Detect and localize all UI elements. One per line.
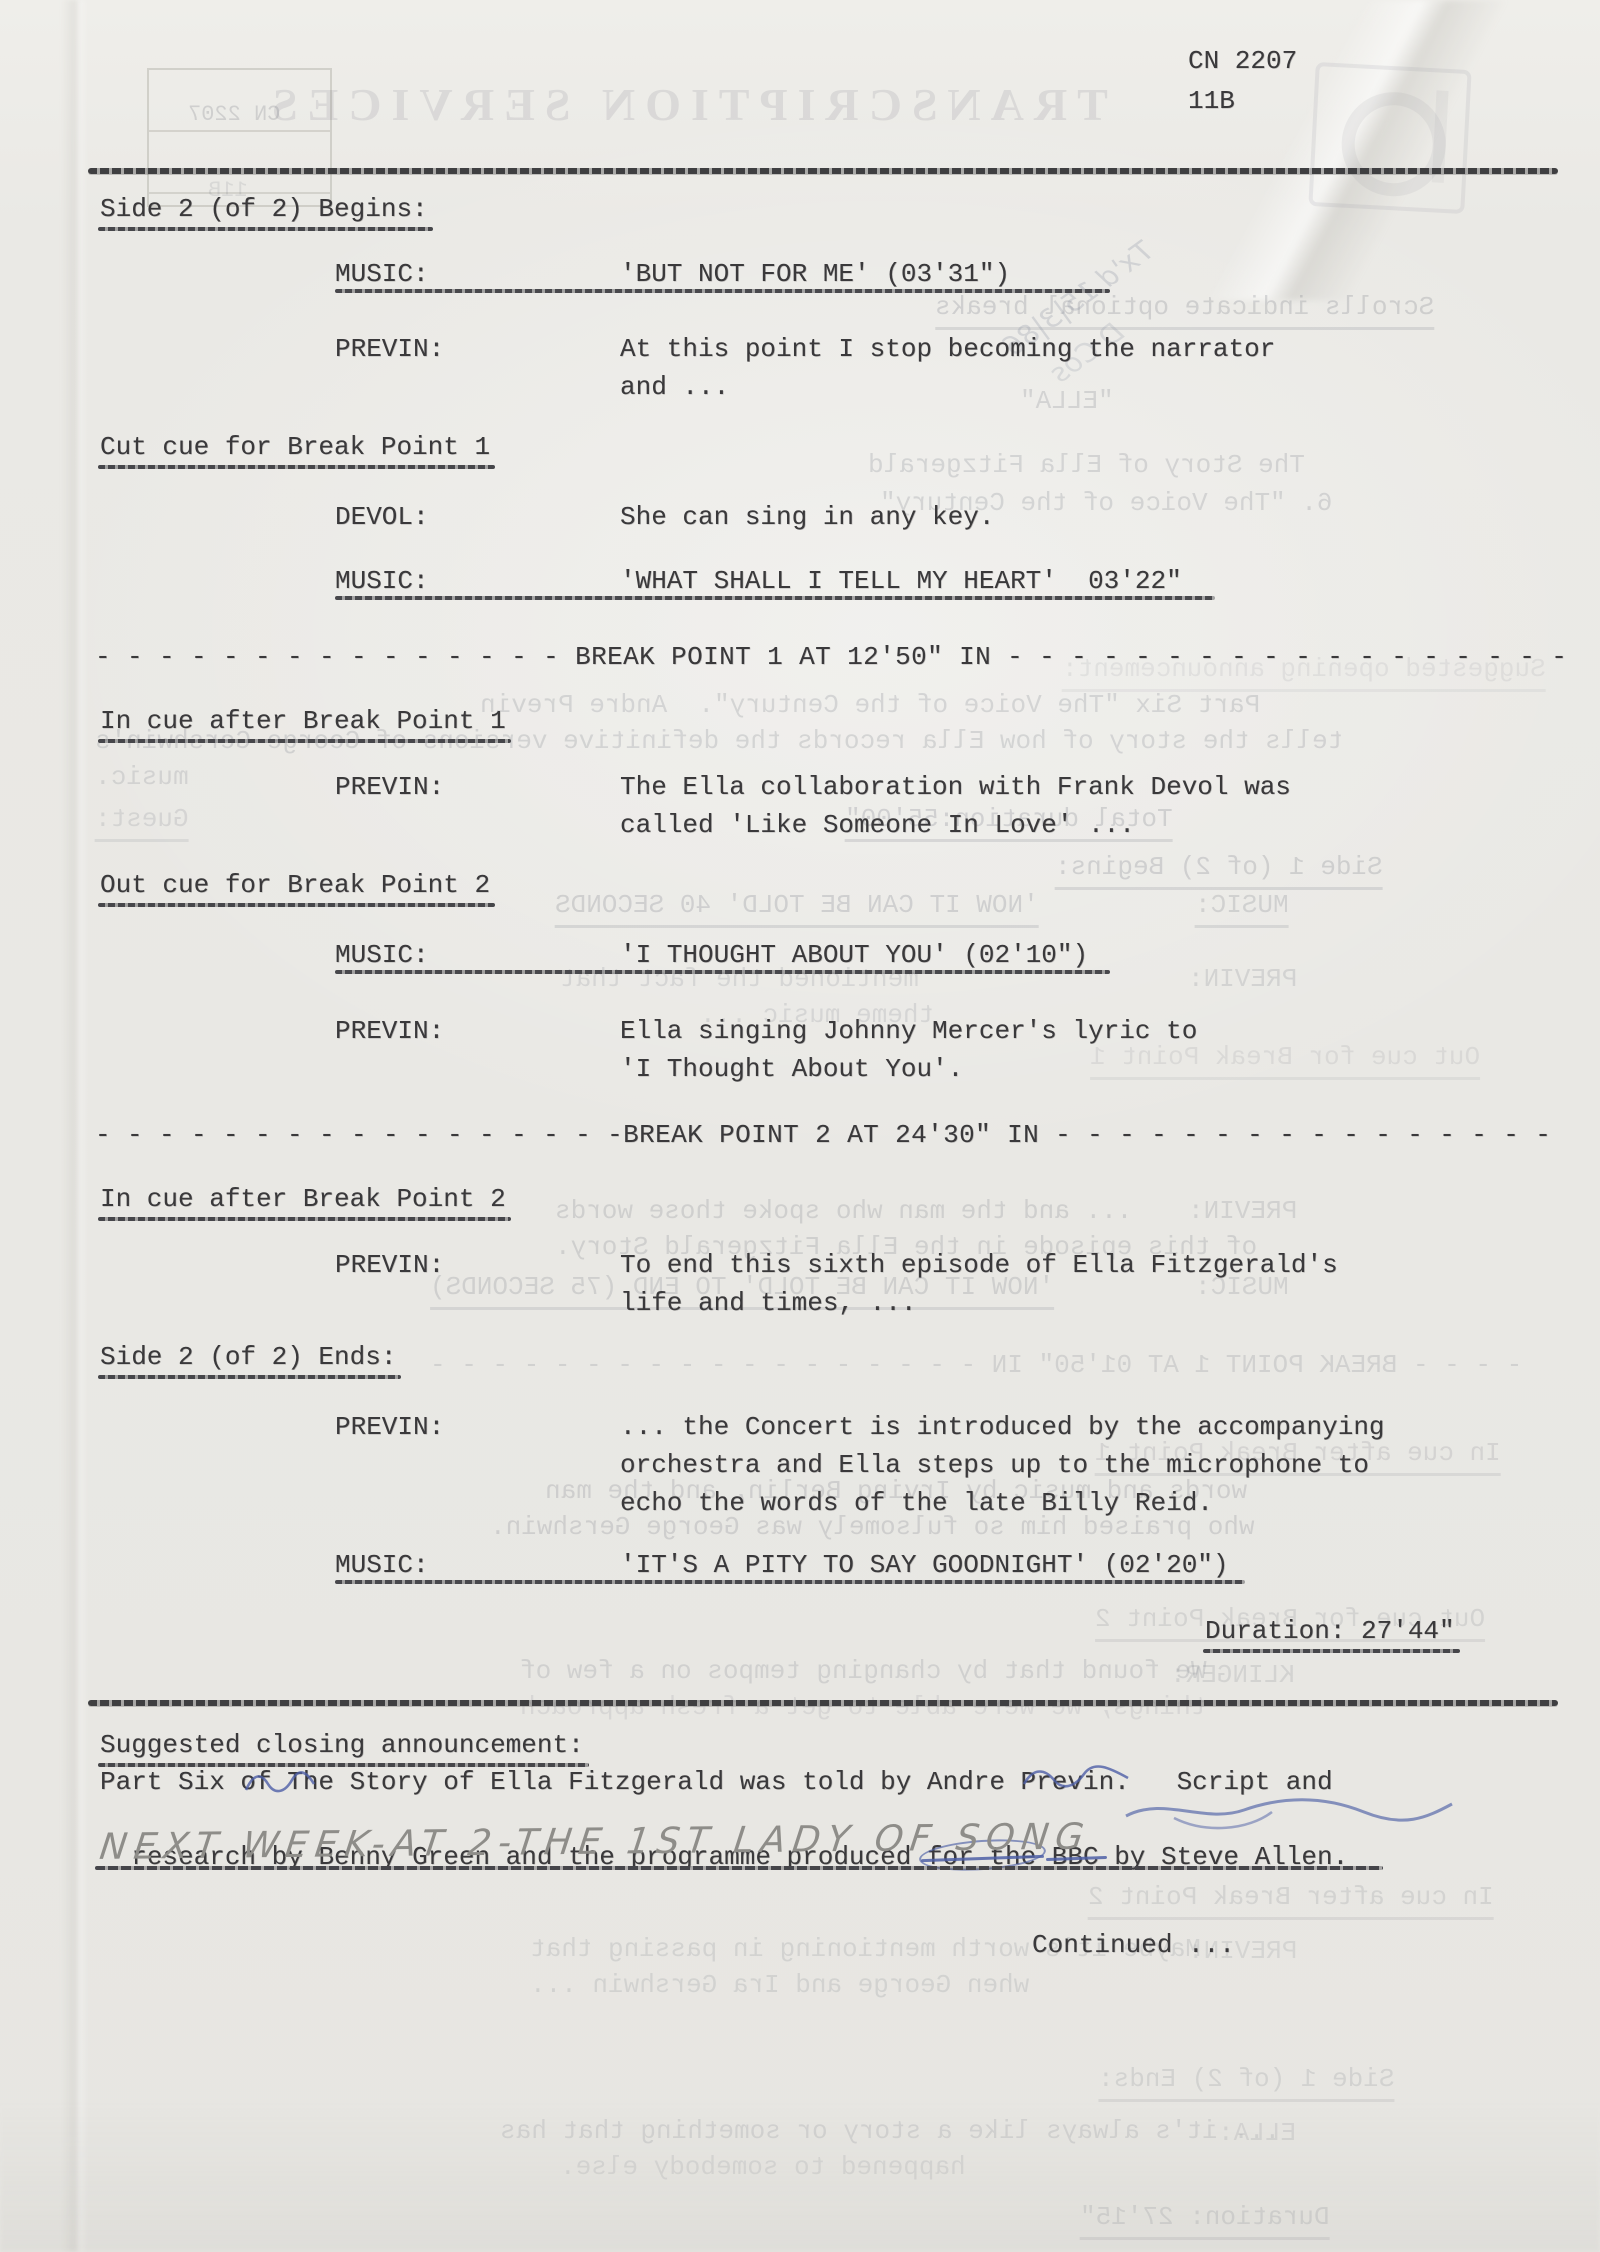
bleedthrough-line: music. — [95, 758, 189, 796]
closing-line-1: Part Six of The Story of Ella Fitzgerald… — [100, 1763, 1333, 1801]
music-title: 'I THOUGHT ABOUT YOU' (02'10") — [620, 936, 1088, 974]
dialogue-line: orchestra and Ella steps up to the micro… — [620, 1446, 1369, 1484]
bleedthrough-line: MUSIC: — [1195, 886, 1289, 928]
dialogue-line: Ella singing Johnny Mercer's lyric to — [620, 1012, 1197, 1050]
speaker-label: DEVOL: — [335, 498, 429, 536]
bleedthrough-line: PREVIN: — [1188, 1192, 1297, 1230]
dialogue-line: and ... — [620, 368, 729, 406]
dialogue-line: called 'Like Someone In Love' ... — [620, 806, 1135, 844]
bleedthrough-line: when George and Ira Gershwin ... — [530, 1966, 1029, 2004]
bleedthrough-line: TRANSCRIPTION SERVICES — [262, 86, 1108, 124]
music-title: 'IT'S A PITY TO SAY GOODNIGHT' (02'20") — [620, 1546, 1229, 1584]
heading-closing-announcement: Suggested closing announcement: — [100, 1726, 584, 1764]
bleedthrough-line: happened to somebody else. — [560, 2148, 966, 2186]
duration-total: Duration: 27'44" — [1205, 1612, 1455, 1650]
heading-cut-cue-bp1: Cut cue for Break Point 1 — [100, 428, 490, 466]
dialogue-line: echo the words of the late Billy Reid. — [620, 1484, 1213, 1522]
bleedthrough-line: Scrolls indicate optional breaks — [935, 288, 1434, 330]
typed-separator-bottom — [88, 1700, 1558, 1706]
heading-side2-ends: Side 2 (of 2) Ends: — [100, 1338, 396, 1376]
dialogue-line: She can sing in any key. — [620, 498, 994, 536]
bleedthrough-logo — [1308, 62, 1471, 214]
speaker-label: PREVIN: — [335, 768, 444, 806]
bleedthrough-line: The Story of Ella Fitzgerald — [868, 446, 1305, 484]
bleedthrough-line: things, we were able to get a fresh appr… — [520, 1688, 1207, 1726]
bleedthrough-line: Part Six "The Voice of the Century". And… — [480, 686, 1260, 724]
scanned-script-page: { "doc": { "ref": { "code": "CN 2207", "… — [0, 0, 1600, 2252]
paper-fold-line — [62, 0, 88, 2252]
continued-note: Continued ... — [1032, 1926, 1235, 1964]
dialogue-line: 'I Thought About You'. — [620, 1050, 963, 1088]
bleedthrough-line: Side 1 (of 2) Begins: — [1055, 848, 1383, 890]
speaker-label: MUSIC: — [335, 255, 429, 293]
dialogue-line: life and times, ... — [620, 1284, 916, 1322]
bleedthrough-line: Guest: — [95, 800, 189, 842]
speaker-label: PREVIN: — [335, 1012, 444, 1050]
typed-underline — [335, 596, 1215, 600]
typed-underline — [335, 970, 1110, 974]
speaker-label: PREVIN: — [335, 1408, 444, 1446]
bleedthrough-line: Side 1 (of 2) Ends: — [1098, 2060, 1394, 2102]
music-title: 'WHAT SHALL I TELL MY HEART' 03'22" — [620, 562, 1182, 600]
music-title: 'BUT NOT FOR ME' (03'31") — [620, 255, 1010, 293]
typed-underline — [335, 289, 1110, 293]
bleedthrough-line: ... it's always like a story or somethin… — [500, 2112, 1280, 2150]
typed-underline — [335, 1580, 1245, 1584]
dialogue-line: The Ella collaboration with Frank Devol … — [620, 768, 1291, 806]
dialogue-line: At this point I stop becoming the narrat… — [620, 330, 1275, 368]
dialogue-line: To end this sixth episode of Ella Fitzge… — [620, 1246, 1338, 1284]
bleedthrough-line: In cue after Break Point 2 — [1088, 1878, 1494, 1920]
heading-out-cue-bp2: Out cue for Break Point 2 — [100, 866, 490, 904]
heading-in-cue-bp1: In cue after Break Point 1 — [100, 702, 506, 740]
speaker-label: MUSIC: — [335, 1546, 429, 1584]
typed-separator-top — [88, 168, 1558, 174]
heading-in-cue-bp2: In cue after Break Point 2 — [100, 1180, 506, 1218]
speaker-label: MUSIC: — [335, 936, 429, 974]
bleedthrough-line: "ELLA" — [1020, 382, 1114, 420]
heading-side2-begins: Side 2 (of 2) Begins: — [100, 190, 428, 228]
page-number: 11B — [1188, 82, 1235, 120]
break-point-2-line: - - - - - - - - - - - - - - - - -BREAK P… — [95, 1116, 1551, 1154]
bleedthrough-line: We found that by changing tempos on a fe… — [520, 1652, 1207, 1690]
dialogue-line: ... the Concert is introduced by the acc… — [620, 1408, 1385, 1446]
speaker-label: PREVIN: — [335, 1246, 444, 1284]
bleedthrough-line: ... and the man who spoke those words — [555, 1192, 1132, 1230]
typed-underscore-line — [95, 1866, 1383, 1870]
bleedthrough-line: PREVIN: — [1188, 960, 1297, 998]
bleedthrough-line: CN 2207 — [188, 96, 280, 134]
speaker-label: MUSIC: — [335, 562, 429, 600]
bleedthrough-line: Duration: 27'15" — [1080, 2198, 1330, 2240]
bleedthrough-line: - - - - BREAK POINT 1 AT 01'50" IN - - -… — [430, 1346, 1522, 1384]
break-point-1-line: - - - - - - - - - - - - - - - BREAK POIN… — [95, 638, 1567, 676]
speaker-label: PREVIN: — [335, 330, 444, 368]
bleedthrough-line: 'NOW IT CAN BE TOLD' 40 SECONDS — [555, 886, 1039, 928]
reference-code: CN 2207 — [1188, 42, 1297, 80]
